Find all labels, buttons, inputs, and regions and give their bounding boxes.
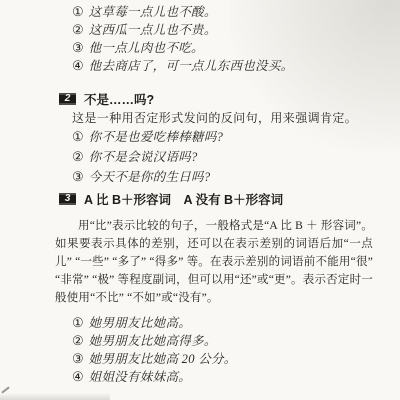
circled-number: ② <box>72 22 84 37</box>
list-item: ④他去商店了，可一点儿东西也没买。 <box>72 57 390 75</box>
example-text: 她男朋友比她高 20 公分。 <box>89 352 237 366</box>
section-number-badge-icon: 2 <box>59 93 76 105</box>
example-text: 你不是会说汉语吗? <box>89 150 198 164</box>
circled-number: ③ <box>72 169 84 184</box>
section-header-bi: 3 A 比 B＋形容词 A 没有 B＋形容词 <box>59 190 377 208</box>
bi-example-list: ①她男朋友比她高。 ②她男朋友比她高得多。 ③她男朋友比她高 20 公分。 ④姐… <box>55 314 390 386</box>
circled-number: ④ <box>72 58 84 73</box>
list-item: ②这西瓜一点儿也不贵。 <box>72 21 390 39</box>
example-text: 这草莓一点儿也不酸。 <box>89 5 217 19</box>
example-text: 今天不是你的生日吗? <box>89 170 211 184</box>
example-text: 他一点儿肉也不吃。 <box>89 41 204 55</box>
example-text: 这西瓜一点儿也不贵。 <box>89 23 217 37</box>
scan-shadow-bottom-left <box>0 393 110 400</box>
circled-number: ① <box>72 129 84 144</box>
grammar-explanation-paragraph: 用“比”表示比较的句子，一般格式是“A 比 B ＋ 形容词”。如果要表示具体的差… <box>55 217 373 307</box>
list-item: ③他一点儿肉也不吃。 <box>72 39 390 57</box>
example-text: 姐姐没有妹妹高。 <box>89 370 191 384</box>
example-text: 他去商店了，可一点儿东西也没买。 <box>89 59 294 73</box>
example-text: 她男朋友比她高得多。 <box>89 334 217 348</box>
circled-number: ① <box>72 4 84 19</box>
circled-number: ② <box>72 333 84 348</box>
list-item: ③今天不是你的生日吗? <box>72 167 390 187</box>
example-text: 她男朋友比她高。 <box>89 316 191 330</box>
section-number-badge-icon: 3 <box>59 193 76 205</box>
section-header-bushi-ma: 2 不是……吗? <box>59 90 377 108</box>
circled-number: ③ <box>72 351 84 366</box>
list-item: ②她男朋友比她高得多。 <box>72 332 390 350</box>
circled-number: ④ <box>72 369 84 384</box>
list-item: ①你不是也爱吃棒棒糖吗? <box>72 127 390 147</box>
bushi-ma-example-list: ①你不是也爱吃棒棒糖吗? ②你不是会说汉语吗? ③今天不是你的生日吗? <box>55 127 390 187</box>
list-item: ①这草莓一点儿也不酸。 <box>72 3 390 21</box>
list-item: ④姐姐没有妹妹高。 <box>72 368 390 386</box>
section-explanation: 这是一种用否定形式发问的反问句，用来强调肯定。 <box>55 109 390 127</box>
list-item: ①她男朋友比她高。 <box>72 314 390 332</box>
example-text: 你不是也爱吃棒棒糖吗? <box>89 130 224 144</box>
list-item: ③她男朋友比她高 20 公分。 <box>72 350 390 368</box>
intro-example-list: ①这草莓一点儿也不酸。 ②这西瓜一点儿也不贵。 ③他一点儿肉也不吃。 ④他去商店… <box>55 3 390 75</box>
textbook-page: ①这草莓一点儿也不酸。 ②这西瓜一点儿也不贵。 ③他一点儿肉也不吃。 ④他去商店… <box>0 0 400 400</box>
section-title: A 比 B＋形容词 A 没有 B＋形容词 <box>84 190 283 208</box>
list-item: ②你不是会说汉语吗? <box>72 147 390 167</box>
circled-number: ③ <box>72 40 84 55</box>
circled-number: ② <box>72 149 84 164</box>
section-title: 不是……吗? <box>84 90 154 108</box>
circled-number: ① <box>72 315 84 330</box>
